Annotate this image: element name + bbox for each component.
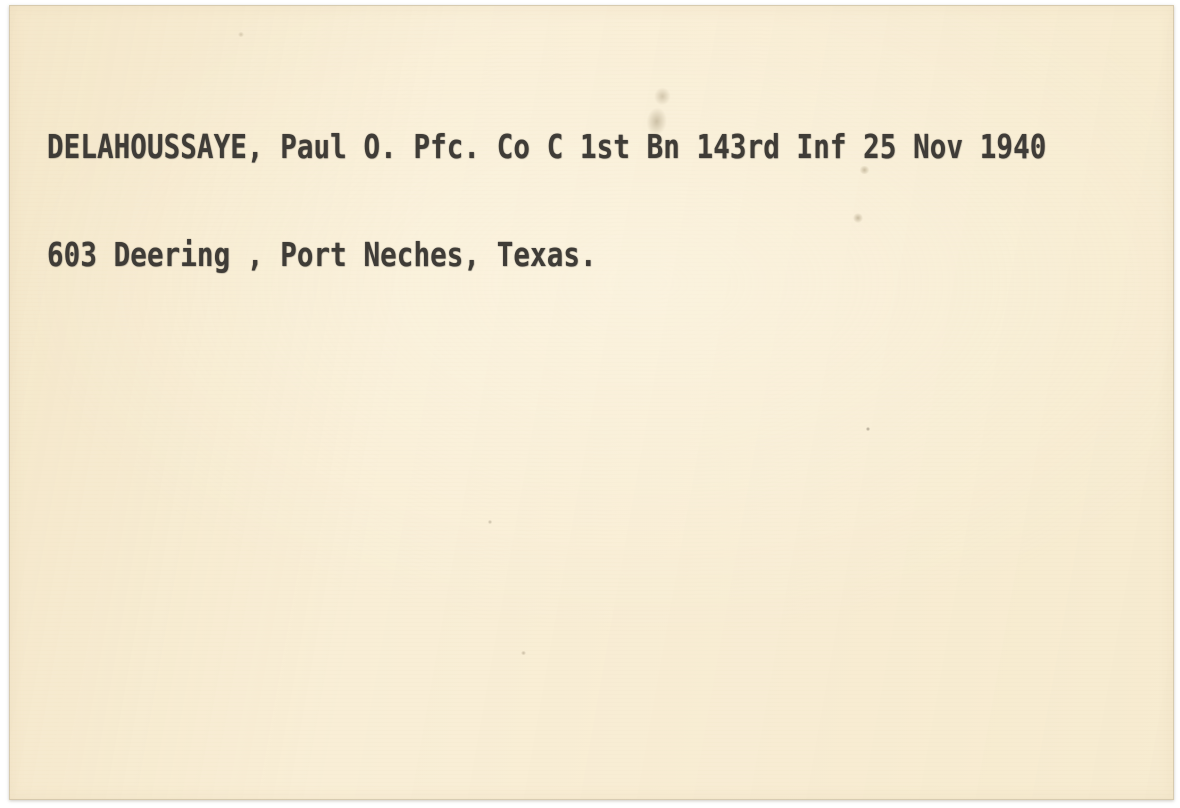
paper-speck xyxy=(866,427,870,431)
card-line-1: DELAHOUSSAYE, Paul O. Pfc. Co C 1st Bn 1… xyxy=(47,129,1046,165)
scan-background: DELAHOUSSAYE, Paul O. Pfc. Co C 1st Bn 1… xyxy=(0,0,1180,808)
paper-speck xyxy=(488,520,492,524)
typed-text-block: DELAHOUSSAYE, Paul O. Pfc. Co C 1st Bn 1… xyxy=(47,57,1046,345)
paper-speck xyxy=(238,32,244,37)
paper-speck xyxy=(853,213,863,223)
index-card: DELAHOUSSAYE, Paul O. Pfc. Co C 1st Bn 1… xyxy=(9,5,1174,800)
paper-speck xyxy=(521,651,526,655)
paper-speck xyxy=(859,166,870,174)
card-line-2: 603 Deering , Port Neches, Texas. xyxy=(47,237,1046,273)
